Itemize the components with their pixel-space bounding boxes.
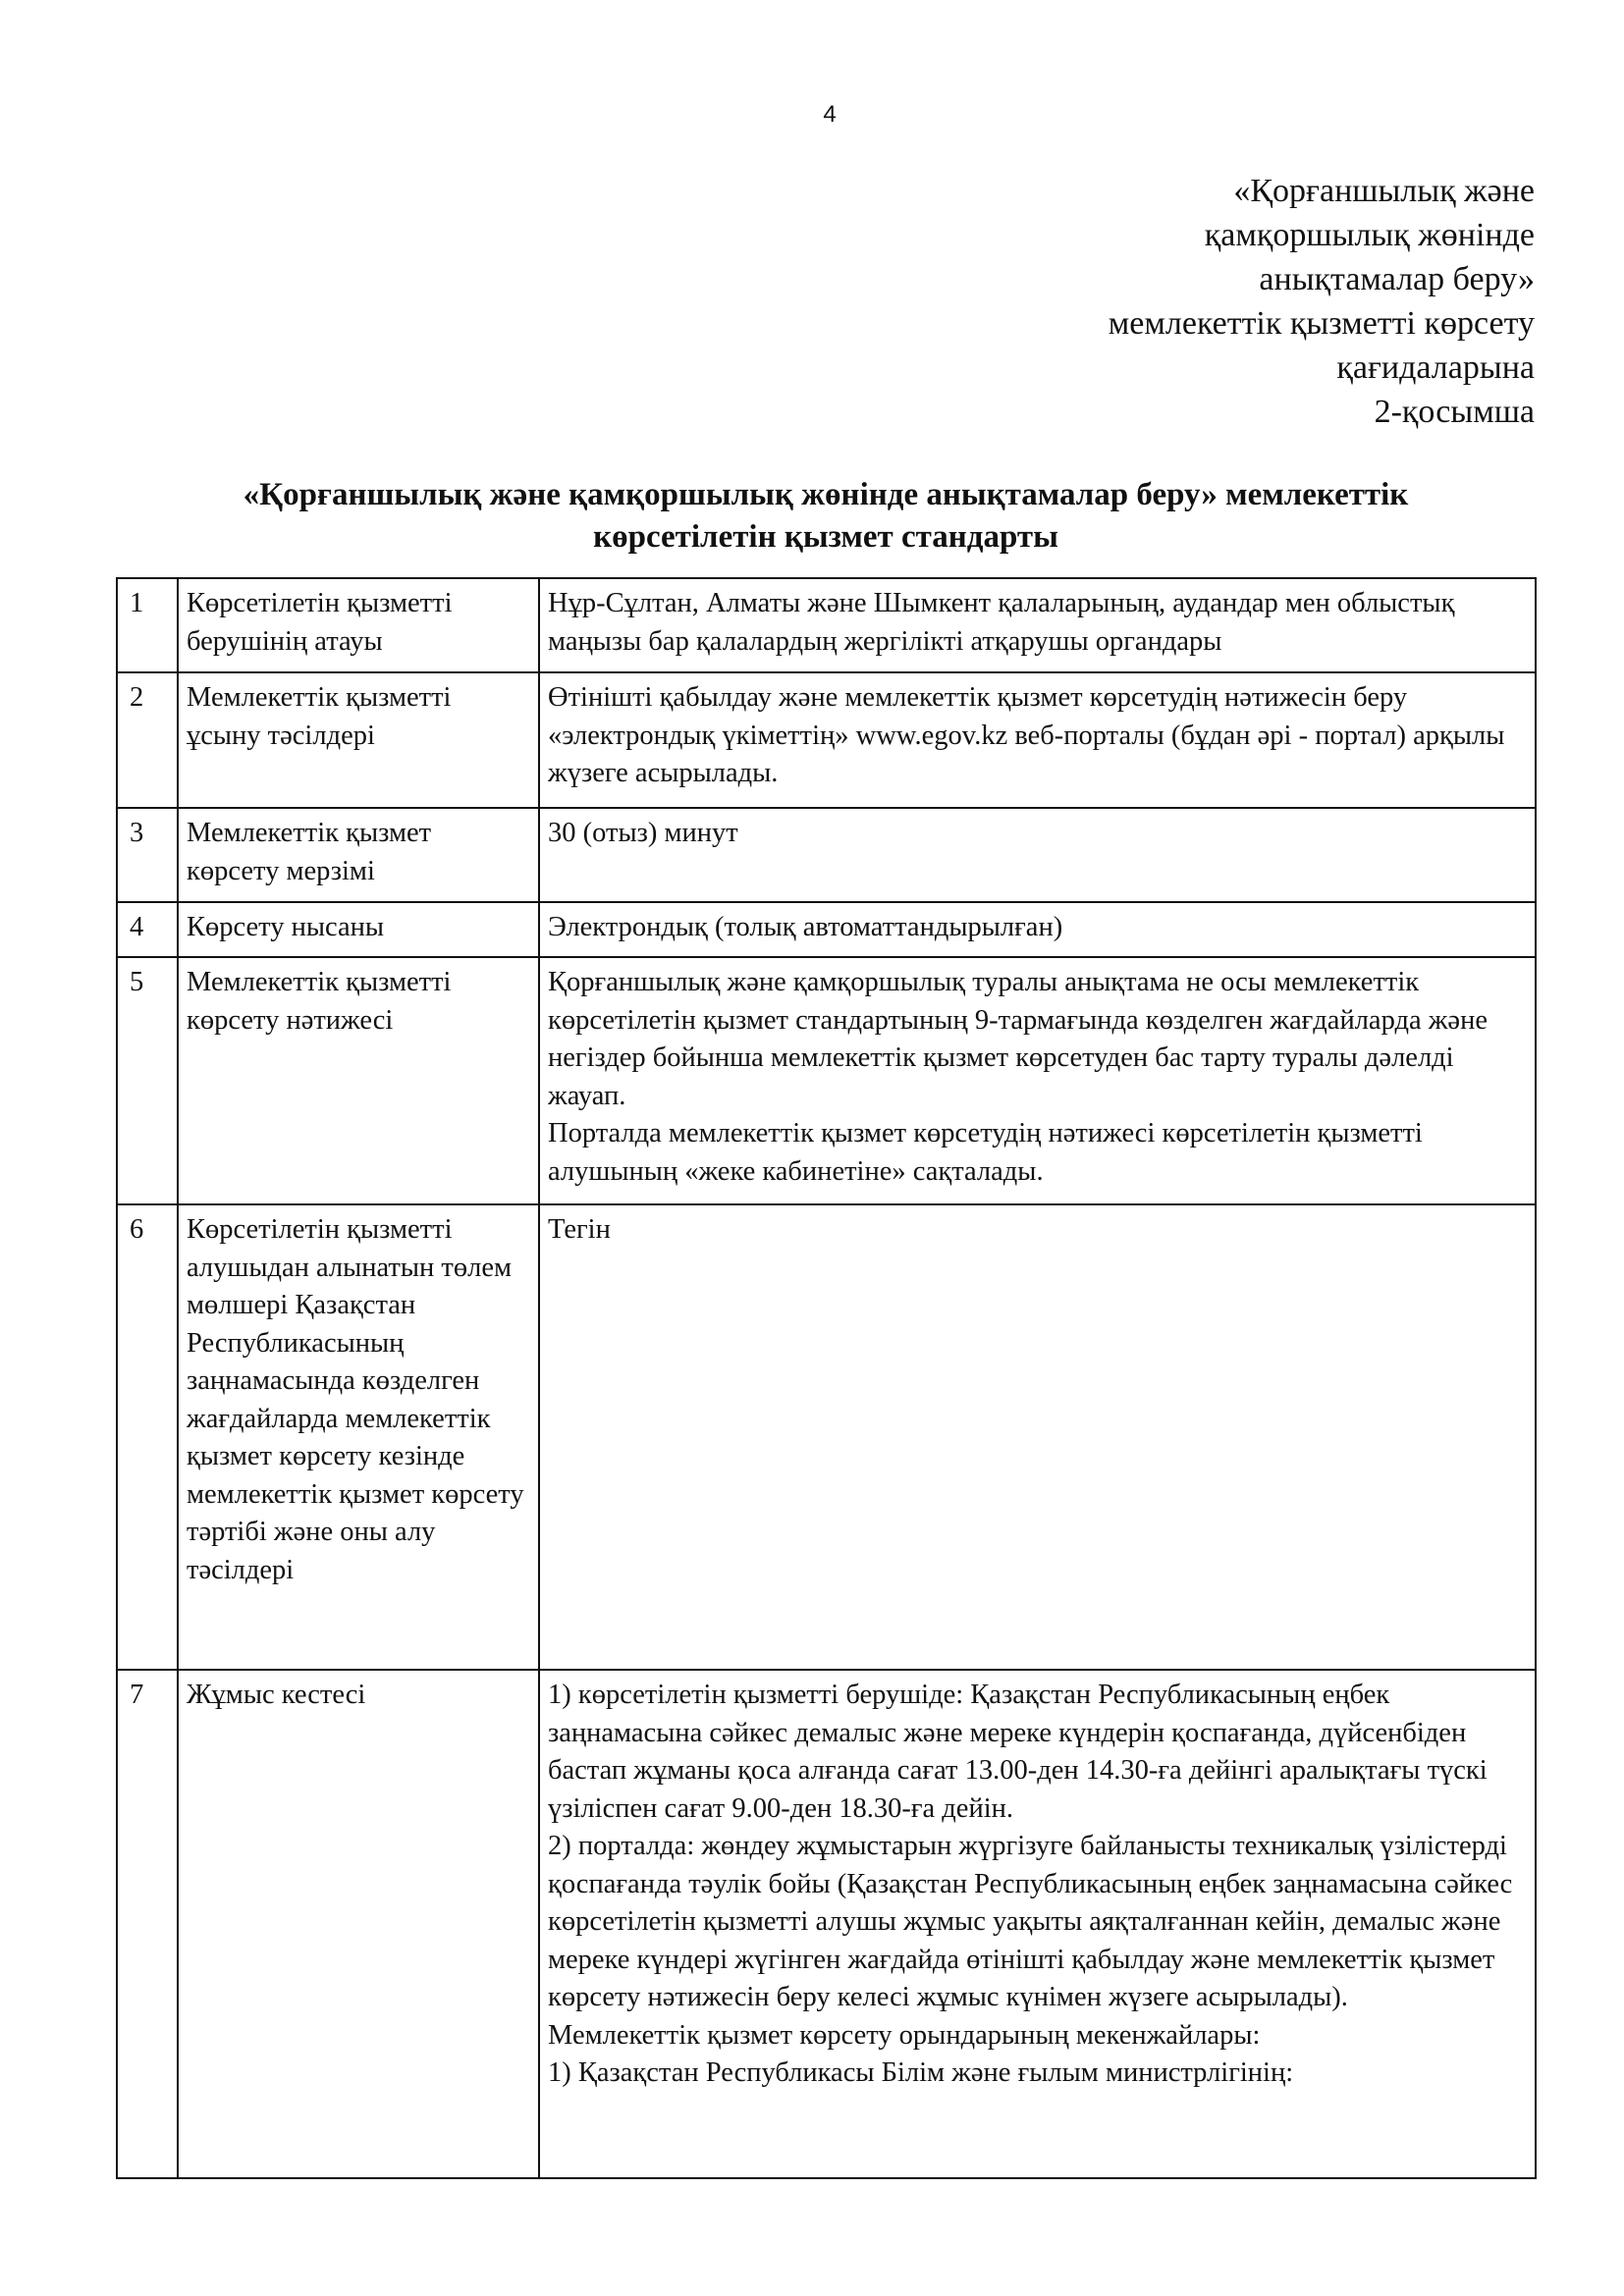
page-number: 4: [0, 101, 1624, 129]
appendix-line: 2-қосымша: [1109, 390, 1535, 434]
value-paragraph: Мемлекеттік қызмет көрсету орындарының м…: [548, 2017, 1527, 2056]
appendix-line: қамқоршылық жөнінде: [1109, 213, 1535, 257]
value-paragraph: Порталда мемлекеттік қызмет көрсетудің н…: [548, 1115, 1527, 1191]
row-number: 3: [117, 808, 178, 902]
appendix-line: «Қорғаншылық және: [1109, 169, 1535, 213]
row-number: 7: [117, 1670, 178, 2178]
row-value: Электрондық (толық автоматтандырылған): [539, 902, 1536, 957]
value-paragraph: Тегін: [548, 1211, 1527, 1250]
value-paragraph: 2) порталда: жөндеу жұмыстарын жүргізуге…: [548, 1828, 1527, 2017]
table-row: 7 Жұмыс кестесі 1) көрсетілетін қызметті…: [117, 1670, 1536, 2178]
value-paragraph: Қорғаншылық және қамқоршылық туралы анық…: [548, 964, 1527, 1115]
row-label: Көрсету нысаны: [178, 902, 539, 957]
row-value: Өтінішті қабылдау және мемлекеттік қызме…: [539, 672, 1536, 808]
row-label: Көрсетілетін қызметті берушінің атауы: [178, 578, 539, 672]
row-value: 30 (отыз) минут: [539, 808, 1536, 902]
table-row: 1 Көрсетілетін қызметті берушінің атауы …: [117, 578, 1536, 672]
value-paragraph: Өтінішті қабылдау және мемлекеттік қызме…: [548, 679, 1527, 793]
value-paragraph: 1) Қазақстан Республикасы Білім және ғыл…: [548, 2055, 1527, 2093]
title-line: «Қорғаншылық және қамқоршылық жөнінде ан…: [116, 474, 1536, 516]
row-value: 1) көрсетілетін қызметті берушіде: Қазақ…: [539, 1670, 1536, 2178]
table-row: 6 Көрсетілетін қызметті алушыдан алынаты…: [117, 1204, 1536, 1670]
row-label: Мемлекеттік қызметті көрсету нәтижесі: [178, 957, 539, 1204]
row-label: Көрсетілетін қызметті алушыдан алынатын …: [178, 1204, 539, 1670]
value-paragraph: 30 (отыз) минут: [548, 815, 1527, 853]
table-row: 5 Мемлекеттік қызметті көрсету нәтижесі …: [117, 957, 1536, 1204]
table-row: 4 Көрсету нысаны Электрондық (толық авто…: [117, 902, 1536, 957]
row-value: Нұр-Сұлтан, Алматы және Шымкент қалалары…: [539, 578, 1536, 672]
row-label: Мемлекеттік қызметті ұсыну тәсілдері: [178, 672, 539, 808]
appendix-line: мемлекеттік қызметті көрсету: [1109, 301, 1535, 346]
table-row: 2 Мемлекеттік қызметті ұсыну тәсілдері Ө…: [117, 672, 1536, 808]
row-value: Тегін: [539, 1204, 1536, 1670]
row-value: Қорғаншылық және қамқоршылық туралы анық…: [539, 957, 1536, 1204]
document-title: «Қорғаншылық және қамқоршылық жөнінде ан…: [116, 474, 1536, 559]
row-number: 1: [117, 578, 178, 672]
value-paragraph: Электрондық (толық автоматтандырылған): [548, 909, 1527, 947]
row-number: 6: [117, 1204, 178, 1670]
title-line: көрсетілетін қызмет стандарты: [116, 516, 1536, 559]
service-standard-table: 1 Көрсетілетін қызметті берушінің атауы …: [116, 577, 1537, 2179]
value-paragraph: 1) көрсетілетін қызметті берушіде: Қазақ…: [548, 1677, 1527, 1828]
row-label: Жұмыс кестесі: [178, 1670, 539, 2178]
appendix-note: «Қорғаншылық және қамқоршылық жөнінде ан…: [1109, 169, 1535, 434]
table-row: 3 Мемлекеттік қызмет көрсету мерзімі 30 …: [117, 808, 1536, 902]
row-label: Мемлекеттік қызмет көрсету мерзімі: [178, 808, 539, 902]
value-paragraph: Нұр-Сұлтан, Алматы және Шымкент қалалары…: [548, 585, 1527, 661]
appendix-line: қағидаларына: [1109, 346, 1535, 390]
appendix-line: анықтамалар беру»: [1109, 257, 1535, 301]
row-number: 5: [117, 957, 178, 1204]
row-number: 2: [117, 672, 178, 808]
row-number: 4: [117, 902, 178, 957]
